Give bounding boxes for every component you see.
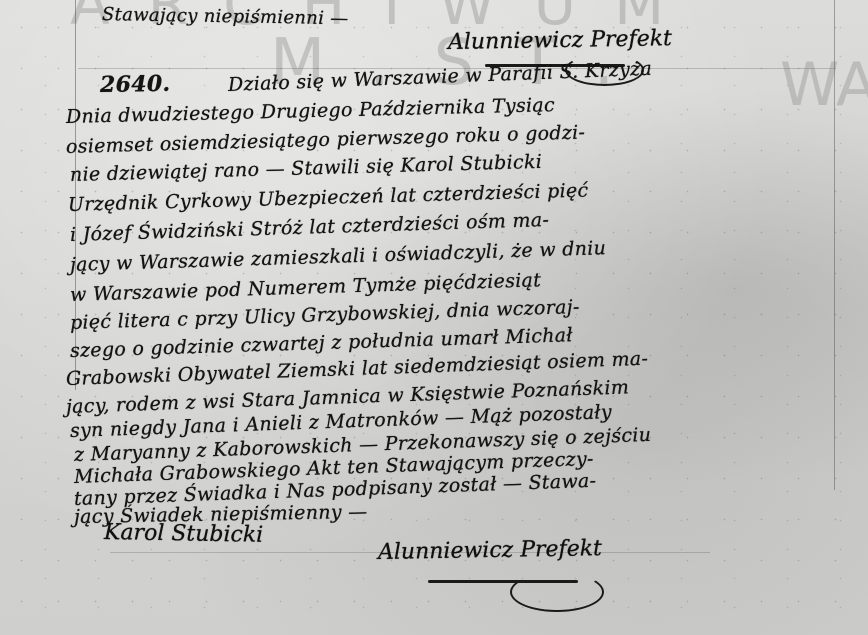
record-number: 2640.: [100, 71, 171, 98]
official-signature: Alunniewicz Prefekt: [378, 536, 602, 565]
signature-flourish: [510, 572, 604, 612]
document-page: ARCHIWUM M.ST. WA Stawający niepiśmienni…: [0, 0, 868, 635]
previous-entry-signature: Alunniewicz Prefekt: [448, 26, 672, 55]
witness-signature: Karol Stubicki: [104, 520, 264, 548]
right-margin-line: [834, 0, 835, 490]
previous-entry-closing-text: Stawający niepiśmienni —: [102, 4, 349, 29]
